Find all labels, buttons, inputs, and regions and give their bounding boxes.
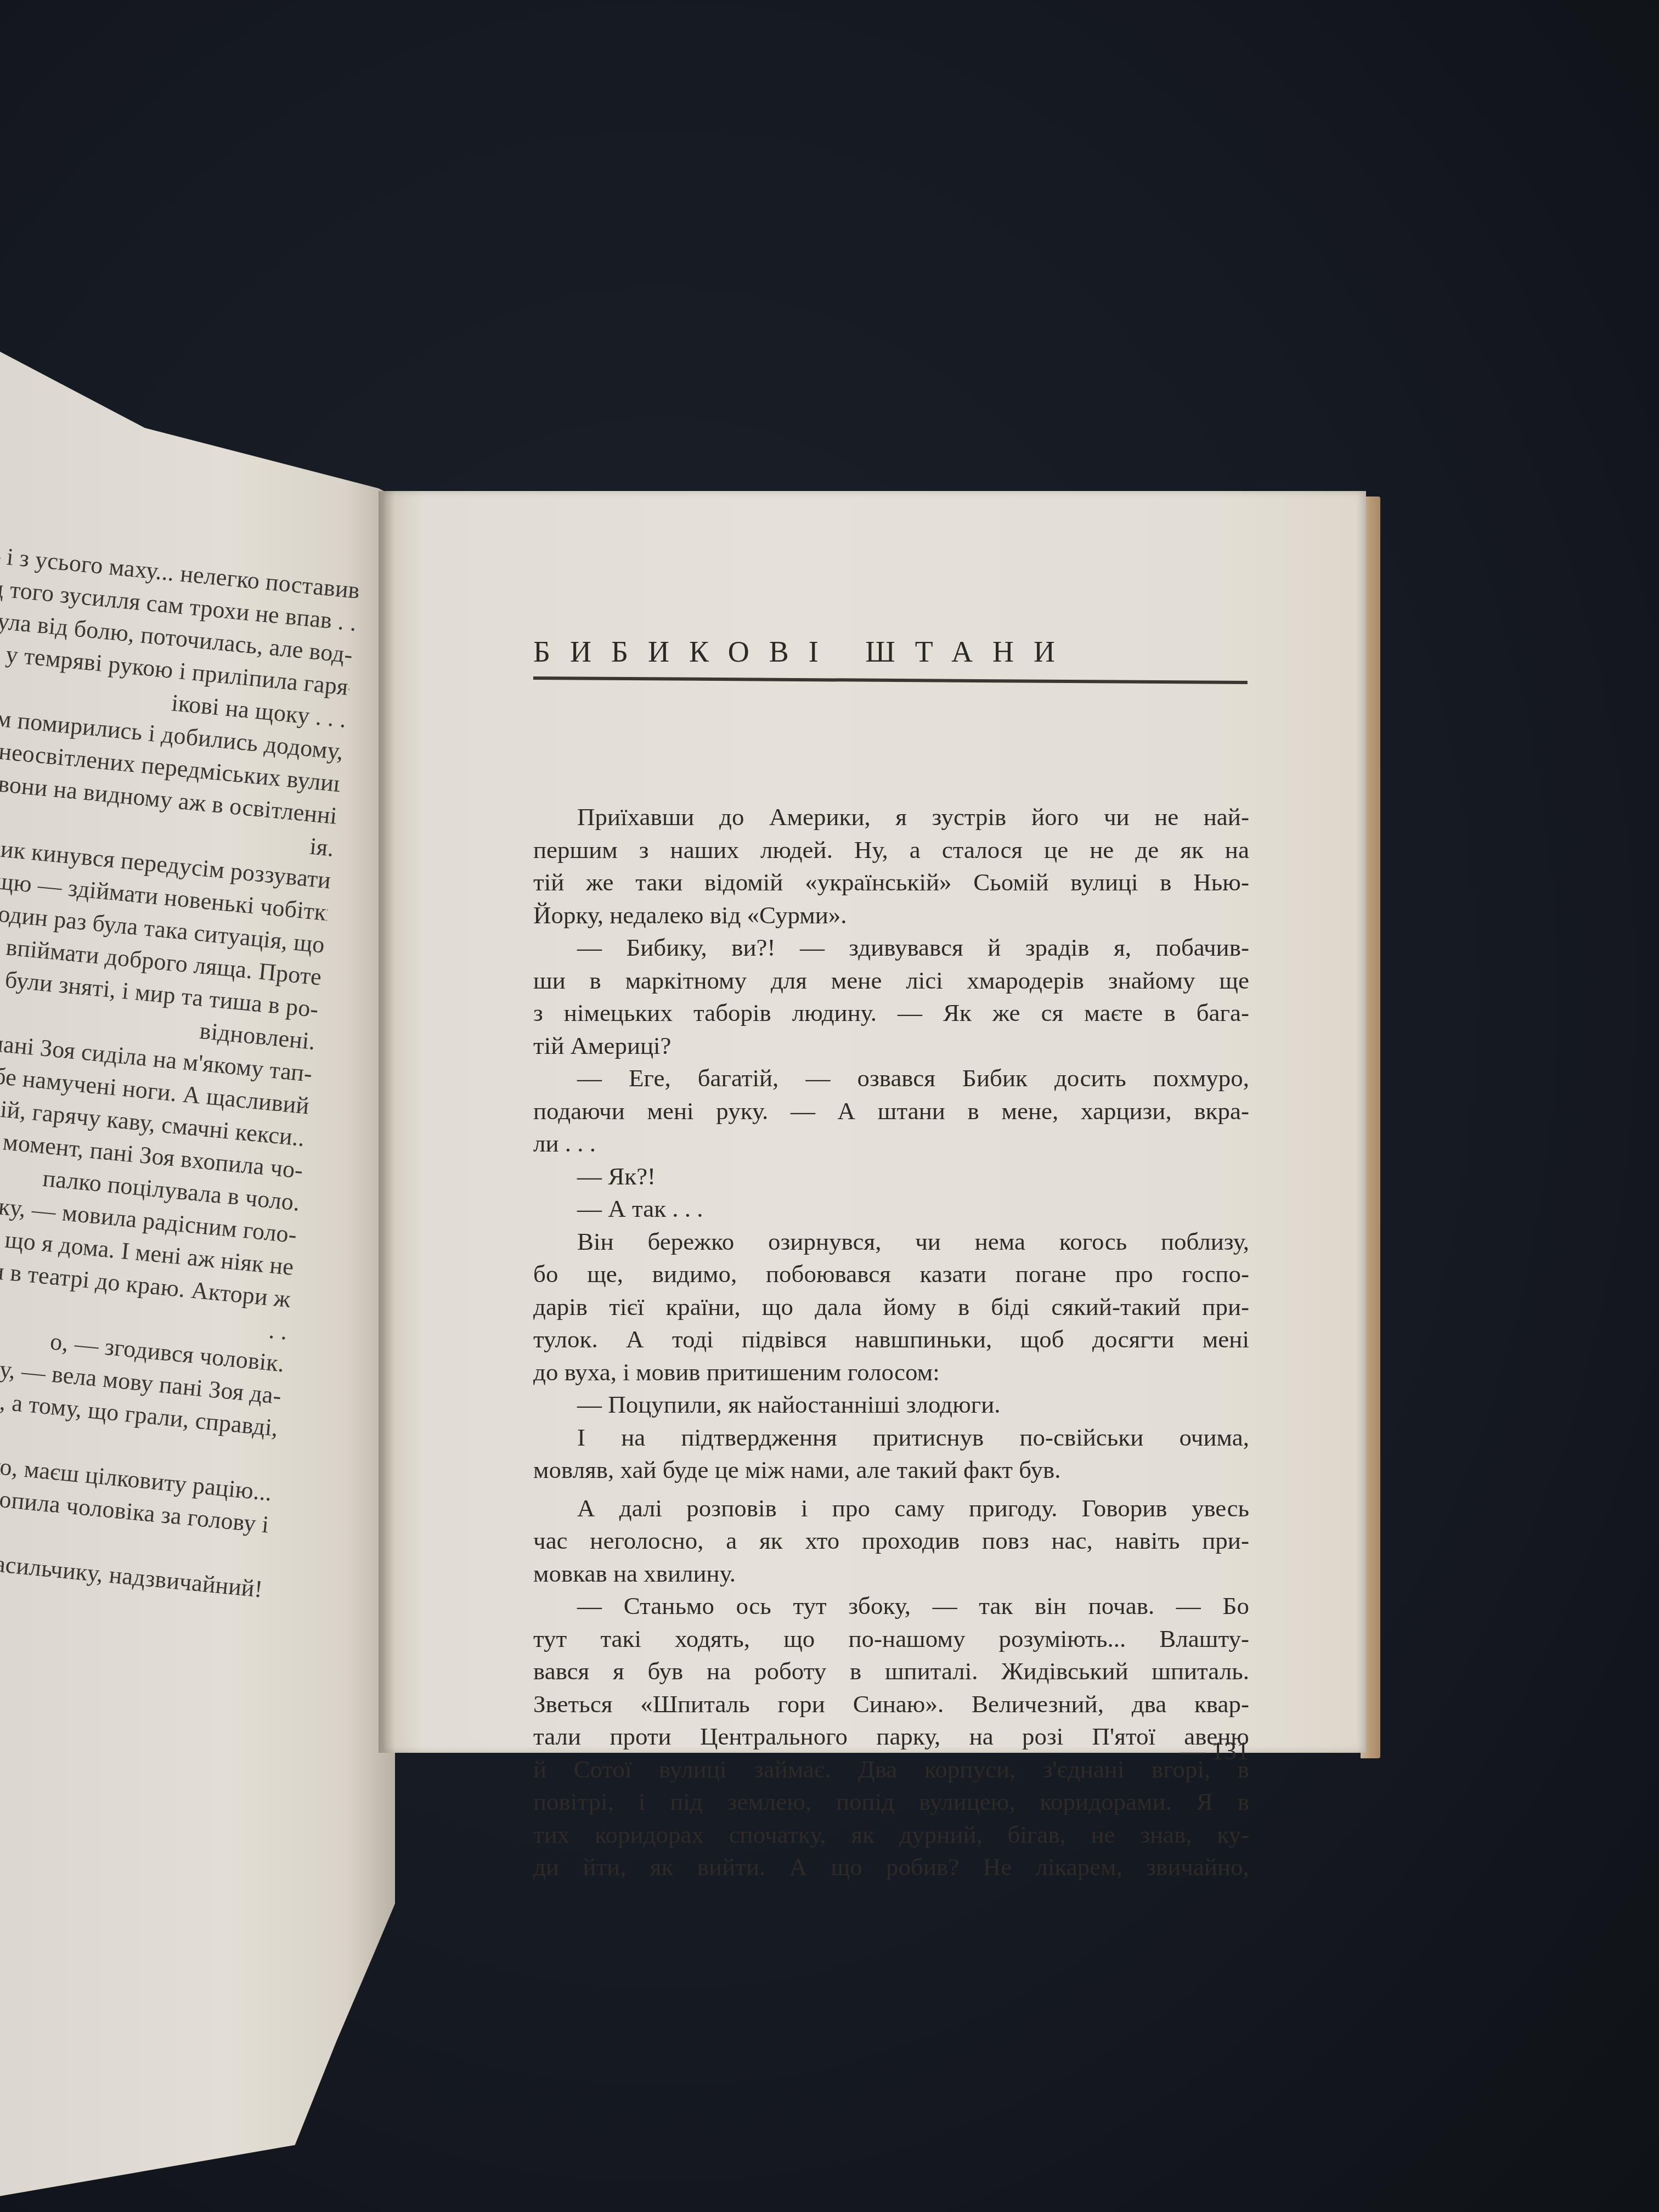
text-line: першимзнашихлюдей.Ну,асталосяценедеякна [533,834,1249,867]
text-line: подаючименіруку.—Аштанивмене,харцизи,вкр… [533,1095,1249,1128]
text-line: Йорку, недалеко від «Сурми». [533,899,1249,932]
text-line: ПриїхавшидоАмерики,язустрівйогочиненай- [533,801,1249,834]
text-line: —Еге,багатій,—озвавсяБибикдоситьпохмуро, [533,1062,1249,1095]
text-line: боще,видимо,побоювавсяказатипоганепрогос… [533,1258,1249,1291]
text-line: — Поцупили, як найостанніші злодюги. [533,1389,1249,1421]
title-underline-rule [533,676,1248,684]
text-line: тій Америці? [533,1030,1249,1063]
chapter-title: БИБИКОВІ ШТАНИ [533,635,1246,669]
text-line: —Станьмоосьтутзбоку,—таквінпочав.—Бо [533,1590,1249,1623]
text-line: Адалірозповівіпросамупригоду.Говоривувес… [533,1492,1249,1525]
left-page-text: — і з усього маху... нелегко поставиввід… [0,538,360,1605]
text-line: —Бибику,ви?!—здивувавсяйзрадівя,побачив- [533,932,1249,964]
text-line: мовкав на хвилину. [533,1558,1249,1590]
text-line: тулок.Атодіпідвівсянавшпиньки,щобдосягти… [533,1323,1249,1356]
text-line: мовляв, хай буде це між нами, але такий … [533,1454,1249,1487]
text-line: до вуха, і мовив притишеним голосом: [533,1356,1249,1389]
text-line: — Як?! [533,1160,1249,1193]
text-line: Інапідтвердженняпритиснувпо-свійськиочим… [533,1421,1249,1454]
text-line: шивмаркітномудляменелісіхмародерівзнайом… [533,964,1249,997]
text-line: тійжетакивідомій«українській»Сьомійвулиц… [533,866,1249,899]
text-line: дарівтієїкраїни,щодалайомувбідісякий-так… [533,1291,1249,1324]
right-page-body: ПриїхавшидоАмерики,язустрівйогочиненай-п… [533,801,1249,1884]
left-page: — і з усього маху... нелегко поставиввід… [0,0,395,2212]
text-line: Вінбережкоозирнувся,чинемакогосьпоблизу, [533,1226,1249,1259]
text-line: Зветься«ШпитальгориСинаю».Величезний,два… [533,1688,1249,1721]
text-line: дийти,яквийти.Ащоробив?Нелікарем,звичайн… [533,1851,1249,1884]
text-line: тихкоридорахспочатку,якдурний,бігав,незн… [533,1819,1249,1852]
text-line: повітрі,іпідземлею,попідвулицею,коридора… [533,1786,1249,1819]
text-line: вавсяябувнароботувшпиталі.Жидівськийшпит… [533,1655,1249,1688]
page-number: — 131 [1015,1736,1249,1765]
right-page-content: БИБИКОВІ ШТАНИ ПриїхавшидоАмерики,язустр… [384,491,1366,1753]
text-line: знімецькихтаборівлюдину.—Якжесямаєтевбаг… [533,997,1249,1030]
text-line: туттакіходять,щопо-нашомурозуміють...Вла… [533,1623,1249,1656]
text-line: ли . . . [533,1127,1249,1160]
photo-scene: — і з усього маху... нелегко поставиввід… [0,0,1659,2212]
text-line: — А так . . . [533,1193,1249,1226]
text-line: часнеголосно,аякхтопроходивповзнас,навіт… [533,1525,1249,1558]
